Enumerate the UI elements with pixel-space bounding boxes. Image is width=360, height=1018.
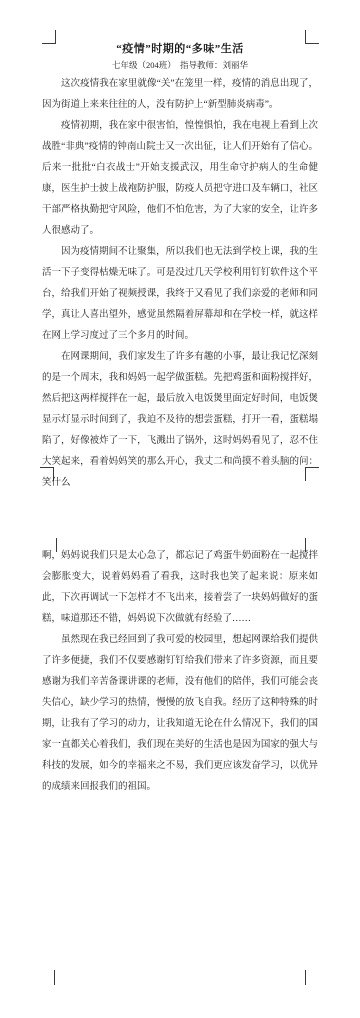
paragraph: 疫情初期，我在家中很害怕，惶惶惧怕，我在电视上看到上次战胜“非典”疫情的钟南山院… (42, 116, 318, 242)
page2-bottom-right-tick-icon (305, 970, 306, 985)
page1-body-text: 这次疫情我在家里就像“关”在笼里一样，疫情的消息出现了，因为街道上来来往往的人，… (42, 74, 318, 494)
page2-body-text: 啊，妈妈说我们只是太心急了，都忘记了鸡蛋牛奶面粉在一起搅拌会膨胀变大，说着妈妈看… (42, 546, 318, 798)
paragraph: 这次疫情我在家里就像“关”在笼里一样，疫情的消息出现了，因为街道上来来往往的人，… (42, 74, 318, 116)
paragraph: 在网课期间，我们家发生了许多有趣的小事，最让我记忆深刻的是一个周末，我和妈妈一起… (42, 347, 318, 494)
paragraph: 因为疫情期间不让聚集，所以我们也无法到学校上课，我的生活一下子变得枯燥无味了。可… (42, 242, 318, 347)
paragraph-continuation: 啊，妈妈说我们只是太心急了，都忘记了鸡蛋牛奶面粉在一起搅拌会膨胀变大，说着妈妈看… (42, 546, 318, 630)
byline: 七年级（204班） 指导教师：刘丽华 (42, 59, 318, 71)
page-title: “疫情”时期的“多味”生活 (42, 40, 318, 56)
scanned-document-page: “疫情”时期的“多味”生活 七年级（204班） 指导教师：刘丽华 这次疫情我在家… (0, 0, 360, 1018)
page2-bottom-left-tick-icon (54, 970, 55, 985)
paragraph: 虽然现在我已经回到了我可爱的校园里，想起网课给我们提供了许多便捷，我们不仅要感谢… (42, 630, 318, 798)
